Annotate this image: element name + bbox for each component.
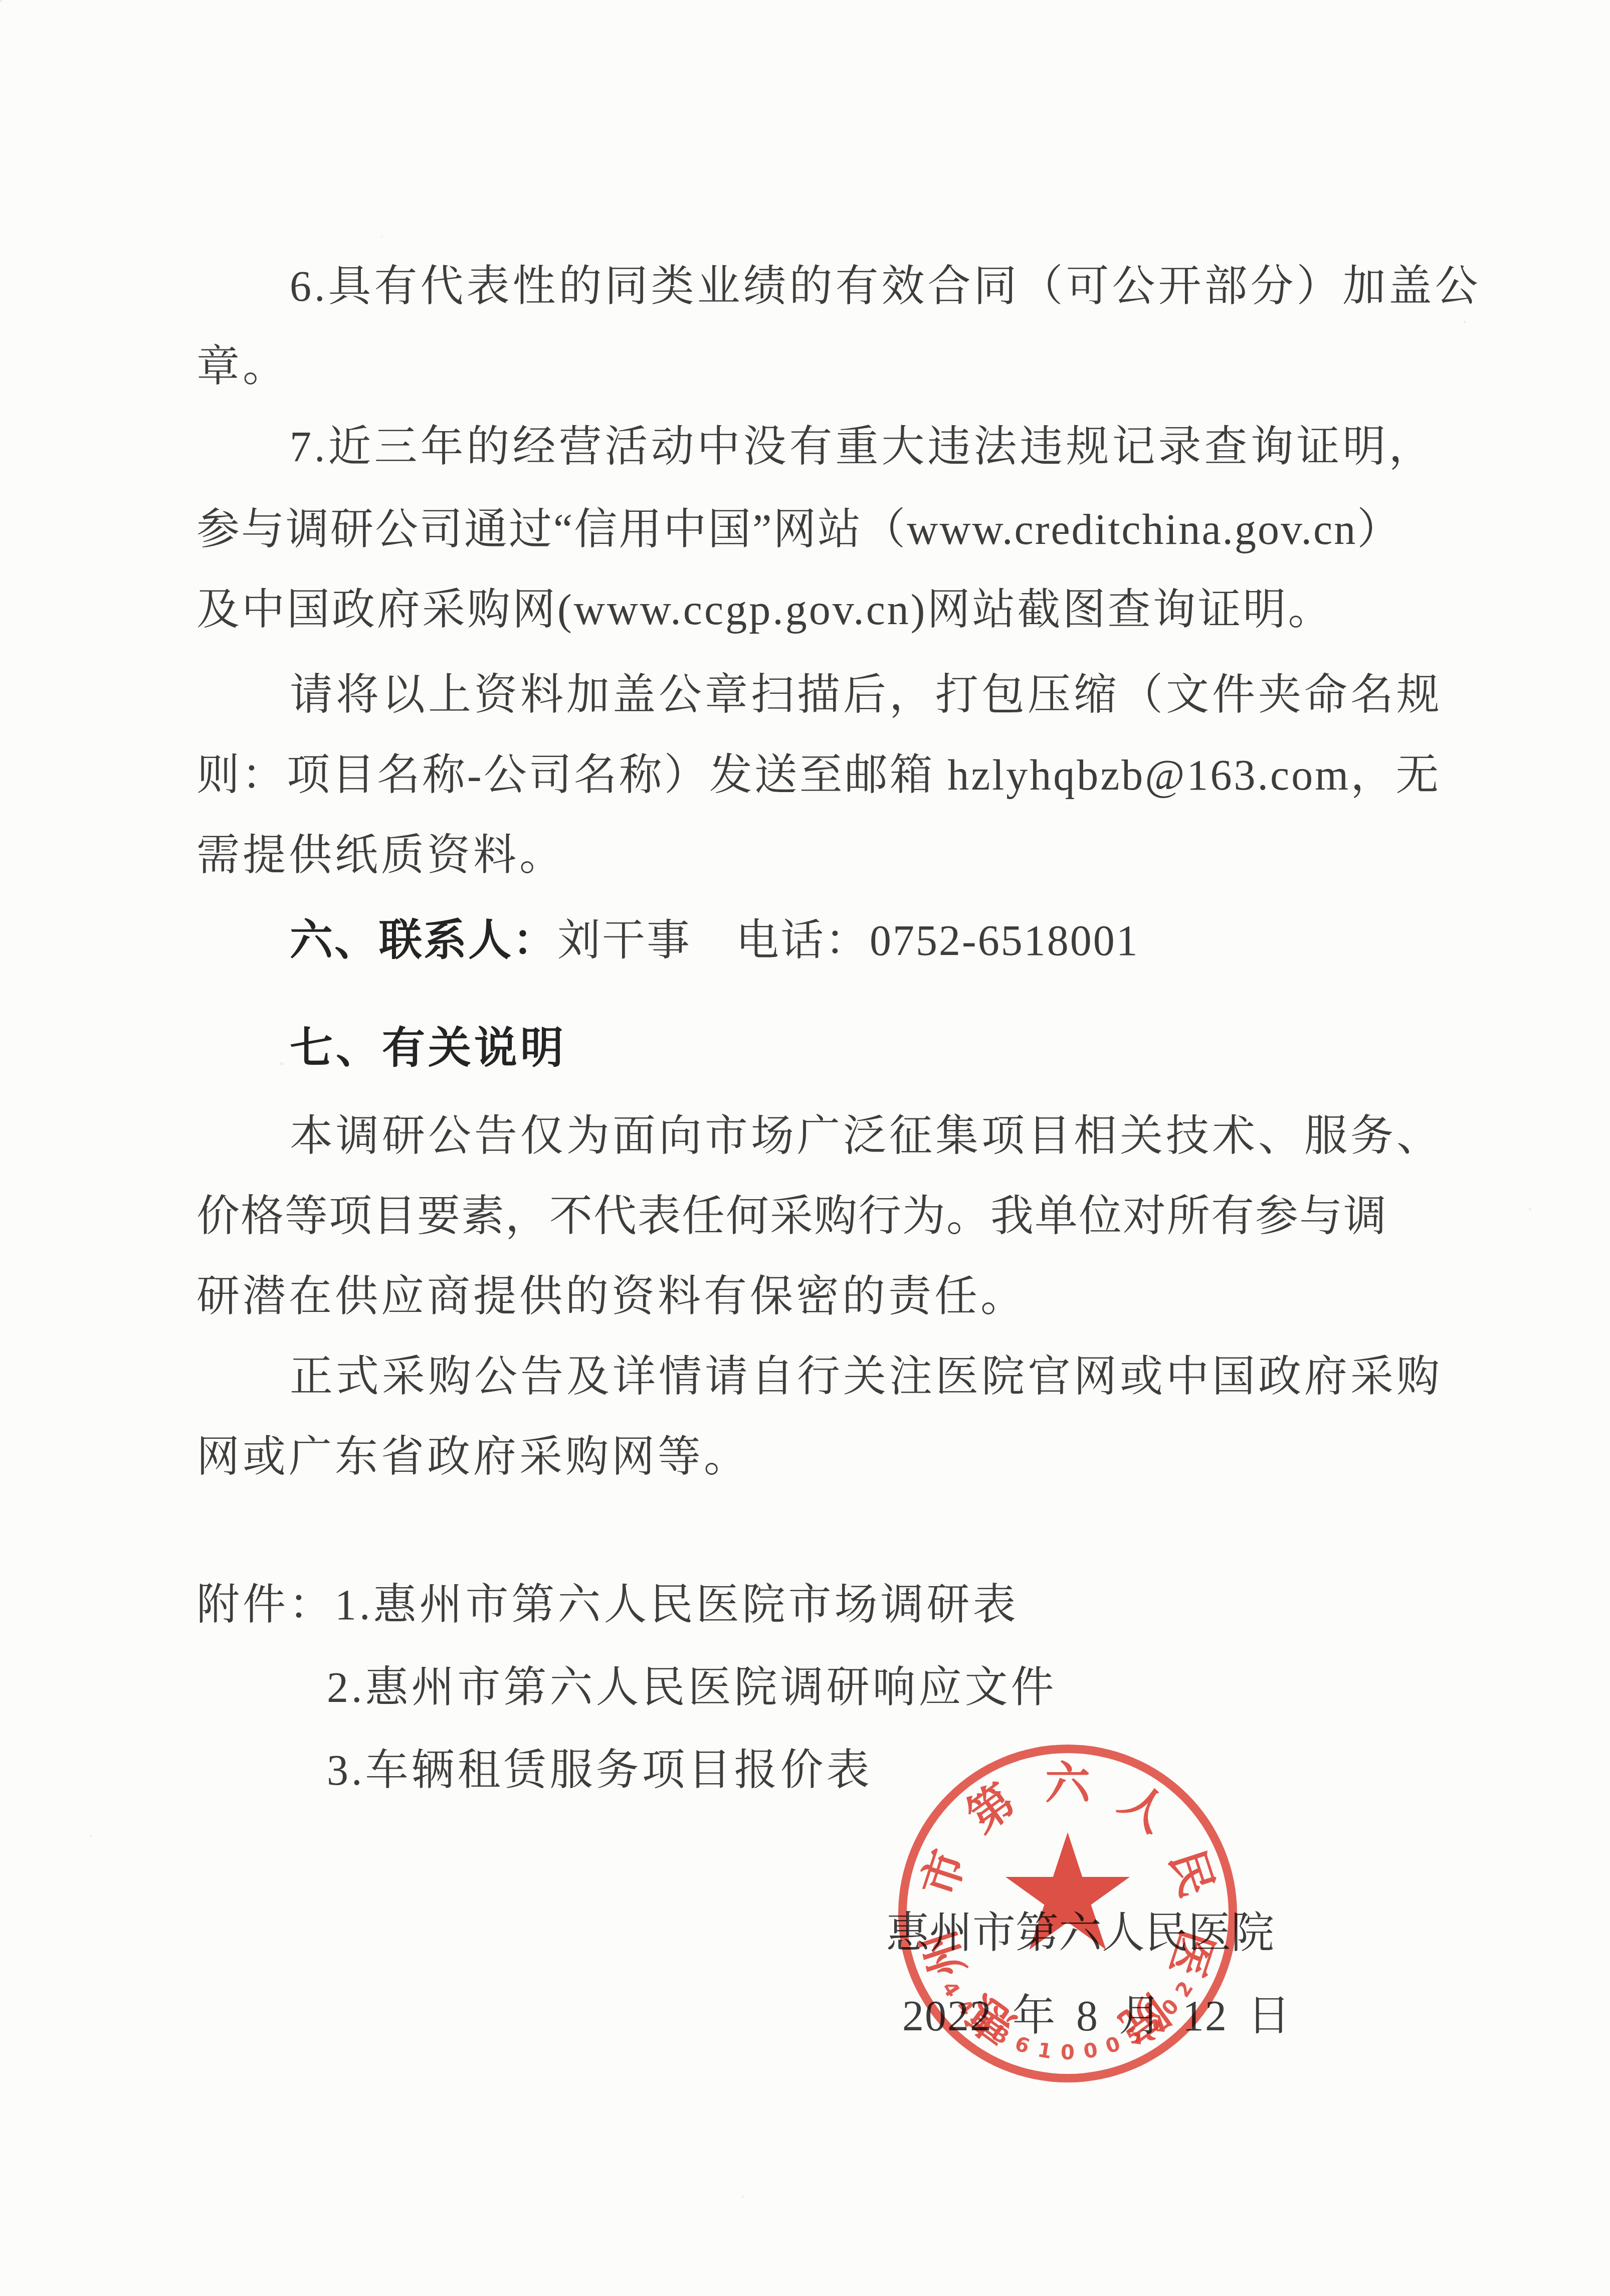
- stamp-ring-char: 第: [957, 1774, 1027, 1844]
- text-segment: 则：项目名称-公司名称）发送至邮箱 hzlyhqbzb@163.com，无: [196, 751, 1441, 799]
- stamp-ring-char: 人: [1109, 1774, 1179, 1844]
- text-segment: 2.惠州市第六人民医院调研响应文件: [327, 1663, 1057, 1711]
- stamp-serial-digit: 0: [1057, 2042, 1079, 2064]
- text-line: 2.惠州市第六人民医院调研响应文件: [327, 1663, 1057, 1712]
- stamp-serial-digit: 0: [1078, 2038, 1104, 2064]
- document-page: 6.具有代表性的同类业绩的有效合同（可公开部分）加盖公章。7.近三年的经营活动中…: [0, 0, 1610, 2296]
- text-line: 附件：1.惠州市第六人民医院市场调研表: [196, 1580, 1019, 1630]
- text-line: 七、有关说明: [290, 1024, 566, 1073]
- text-line: 六、联系人：刘干事 电话：0752-6518001: [290, 916, 1139, 966]
- stamp-ring-char: 民: [1159, 1842, 1222, 1905]
- text-segment: 价格等项目要素，不代表任何采购行为。我单位对所有参与调: [196, 1192, 1387, 1240]
- text-line: 研潜在供应商提供的资料有保密的责任。: [196, 1272, 1027, 1321]
- stamp-ring-char: 六: [1043, 1759, 1093, 1809]
- text-line: 章。: [196, 342, 289, 392]
- text-segment: 刘干事 电话：0752-6518001: [557, 916, 1139, 965]
- text-segment: 附件：1.惠州市第六人民医院市场调研表: [196, 1581, 1019, 1629]
- text-segment: 及中国政府采购网(www.ccgp.gov.cn)网站截图查询证明。: [196, 586, 1333, 634]
- text-segment: 3.车辆租赁服务项目报价表: [327, 1746, 873, 1794]
- text-line: 则：项目名称-公司名称）发送至邮箱 hzlyhqbzb@163.com，无: [196, 750, 1441, 800]
- text-line: 网或广东省政府采购网等。: [196, 1432, 750, 1482]
- text-line: 及中国政府采购网(www.ccgp.gov.cn)网站截图查询证明。: [196, 585, 1333, 635]
- text-segment: 研潜在供应商提供的资料有保密的责任。: [196, 1272, 1027, 1320]
- text-line: 参与调研公司通过“信用中国”网站（www.creditchina.gov.cn）: [196, 505, 1401, 554]
- text-segment: 7.近三年的经营活动中没有重大违法违规记录查询证明，: [290, 423, 1435, 471]
- text-line: 需提供纸质资料。: [196, 831, 565, 880]
- text-segment-bold: 六、联系人：: [290, 916, 557, 965]
- stamp-ring-char: 州: [913, 1922, 976, 1985]
- text-line: 3.车辆租赁服务项目报价表: [327, 1746, 873, 1795]
- text-line: 正式采购公告及详情请自行关注医院官网或中国政府采购: [290, 1352, 1443, 1402]
- text-segment: 本调研公告仅为面向市场广泛征集项目相关技术、服务、: [290, 1112, 1443, 1160]
- text-line: 价格等项目要素，不代表任何采购行为。我单位对所有参与调: [196, 1192, 1387, 1241]
- text-line: 请将以上资料加盖公章扫描后，打包压缩（文件夹命名规: [290, 670, 1443, 720]
- text-segment: 6.具有代表性的同类业绩的有效合同（可公开部分）加盖公: [290, 262, 1481, 310]
- text-segment: 请将以上资料加盖公章扫描后，打包压缩（文件夹命名规: [290, 671, 1443, 719]
- text-segment: 正式采购公告及详情请自行关注医院官网或中国政府采购: [290, 1353, 1443, 1401]
- text-line: 7.近三年的经营活动中没有重大违法违规记录查询证明，: [290, 422, 1435, 472]
- star-icon: [1005, 1832, 1130, 1955]
- text-segment: 参与调研公司通过“信用中国”网站（www.creditchina.gov.cn）: [196, 505, 1401, 553]
- text-segment: 章。: [196, 342, 289, 391]
- text-segment: 网或广东省政府采购网等。: [196, 1433, 750, 1481]
- scan-speckle: [0, 0, 2, 2]
- text-line: 本调研公告仅为面向市场广泛征集项目相关技术、服务、: [290, 1111, 1443, 1161]
- text-segment: 需提供纸质资料。: [196, 831, 565, 879]
- stamp-serial-digit: 1: [1032, 2038, 1058, 2064]
- stamp-ring-char: 医: [1159, 1922, 1222, 1985]
- text-line: 6.具有代表性的同类业绩的有效合同（可公开部分）加盖公: [290, 262, 1481, 311]
- text-segment-bold: 七、有关说明: [290, 1024, 566, 1072]
- stamp-ring-char: 市: [913, 1842, 976, 1905]
- official-seal-stamp: 惠州市第六人民医院 4413610005502: [898, 1745, 1237, 2082]
